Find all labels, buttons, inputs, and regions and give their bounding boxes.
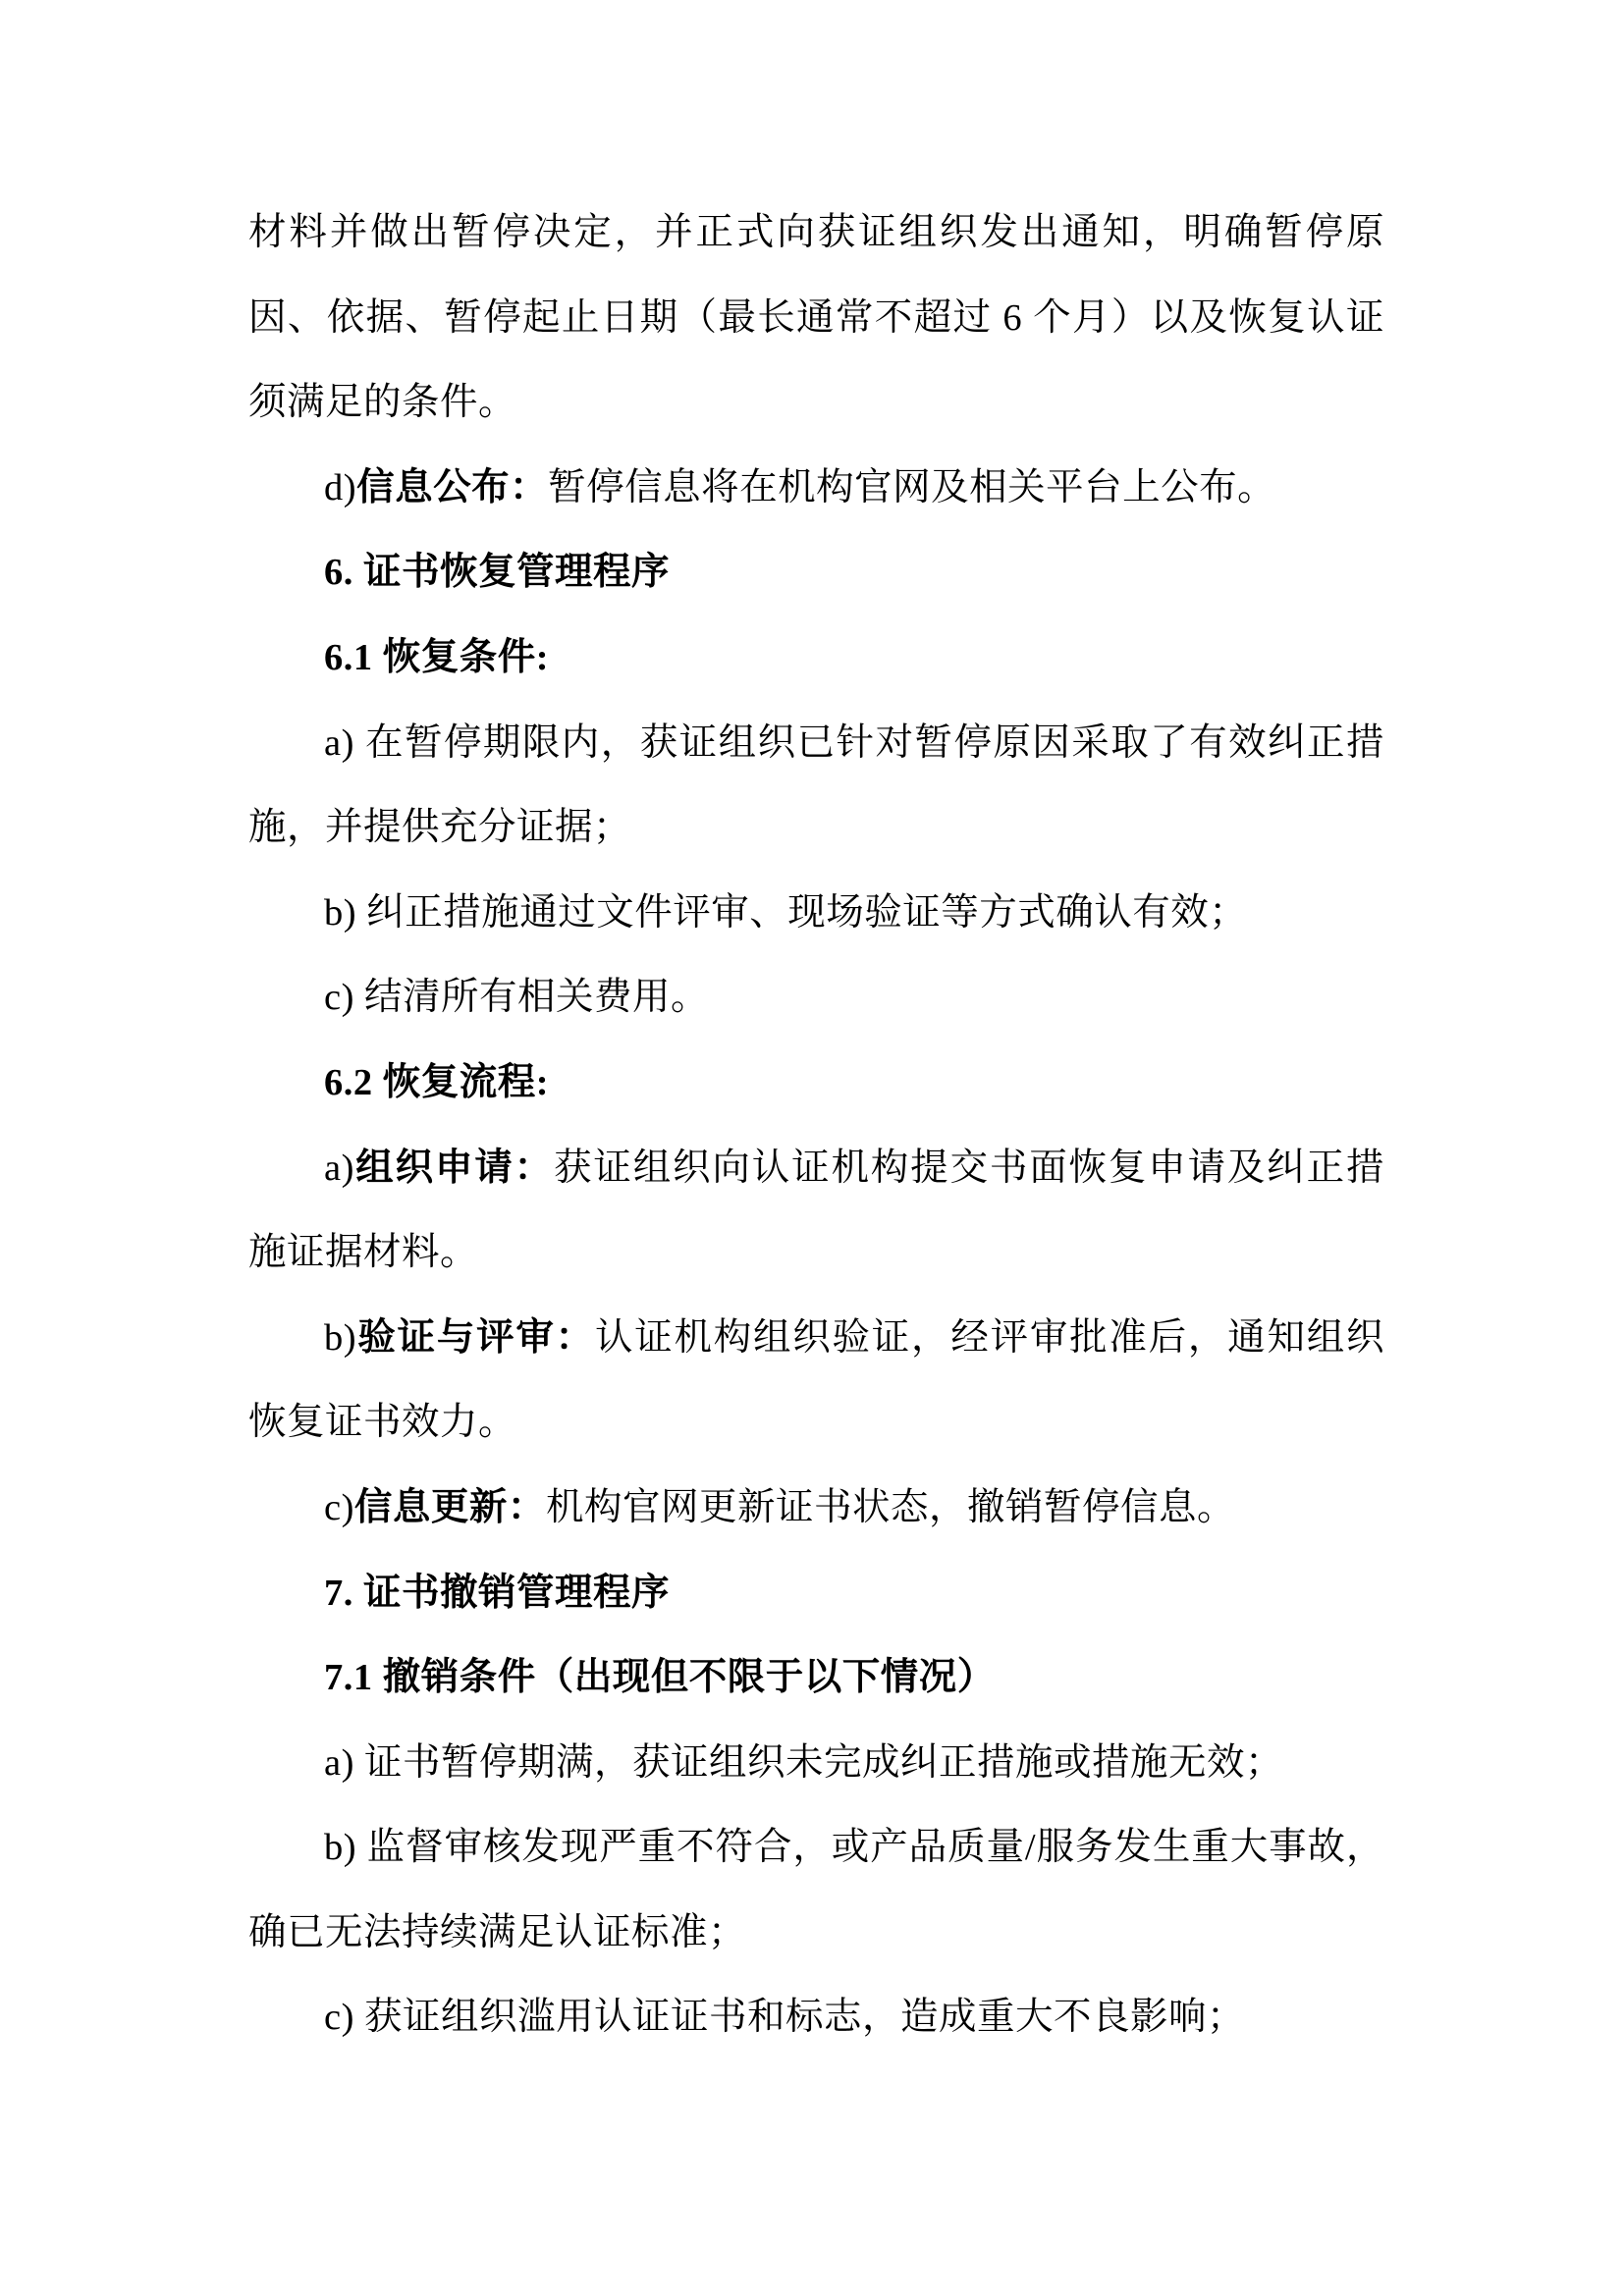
heading-section-6: 6. 证书恢复管理程序: [248, 530, 1384, 615]
item-b-verification-methods: b) 纠正措施通过文件评审、现场验证等方式确认有效；: [248, 871, 1384, 956]
heading-text: 6.1 恢复条件:: [324, 637, 549, 678]
text-run: b) 纠正措施通过文件评审、现场验证等方式确认有效；: [324, 892, 1247, 934]
run-bold-label: 信息公布：: [356, 467, 548, 508]
text-run: c) 获证组织滥用认证证书和标志，造成重大不良影响；: [324, 1997, 1245, 2038]
text-run: b) 监督审核发现严重不符合，或产品质量/服务发生重大事故，确已无法持续满足认证…: [248, 1827, 1384, 1953]
item-b-serious-nonconformity: b) 监督审核发现严重不符合，或产品质量/服务发生重大事故，确已无法持续满足认证…: [248, 1805, 1384, 1975]
heading-text: 6.2 恢复流程:: [324, 1062, 549, 1103]
text-run: a) 在暂停期限内，获证组织已针对暂停原因采取了有效纠正措施，并提供充分证据；: [248, 722, 1384, 849]
item-c-fees-settled: c) 结清所有相关费用。: [248, 955, 1384, 1041]
item-a-organization-application: a)组织申请：获证组织向认证机构提交书面恢复申请及纠正措施证据材料。: [248, 1126, 1384, 1296]
heading-6-1-recovery-conditions: 6.1 恢复条件:: [248, 615, 1384, 701]
item-c-information-update: c)信息更新：机构官网更新证书状态，撤销暂停信息。: [248, 1466, 1384, 1551]
item-c-certificate-misuse: c) 获证组织滥用认证证书和标志，造成重大不良影响；: [248, 1975, 1384, 2060]
list-marker: d): [324, 467, 356, 508]
heading-7-1-revocation-conditions: 7.1 撤销条件（出现但不限于以下情况）: [248, 1635, 1384, 1721]
run-bold-label: 验证与评审：: [356, 1317, 595, 1359]
item-a-corrective-actions: a) 在暂停期限内，获证组织已针对暂停原因采取了有效纠正措施，并提供充分证据；: [248, 701, 1384, 871]
paragraph-suspension-notice-continued: 材料并做出暂停决定，并正式向获证组织发出通知，明确暂停原因、依据、暂停起止日期（…: [248, 190, 1384, 446]
heading-text: 7. 证书撤销管理程序: [324, 1573, 670, 1614]
text-run: 材料并做出暂停决定，并正式向获证组织发出通知，明确暂停原因、依据、暂停起止日期（…: [248, 212, 1384, 423]
list-marker: c): [324, 1487, 354, 1528]
heading-section-7: 7. 证书撤销管理程序: [248, 1551, 1384, 1636]
item-a-suspension-expired: a) 证书暂停期满，获证组织未完成纠正措施或措施无效；: [248, 1721, 1384, 1806]
document-page: 材料并做出暂停决定，并正式向获证组织发出通知，明确暂停原因、依据、暂停起止日期（…: [248, 190, 1384, 2060]
list-marker: b): [324, 1317, 356, 1359]
item-b-verification-review: b)验证与评审：认证机构组织验证，经评审批准后，通知组织恢复证书效力。: [248, 1296, 1384, 1466]
item-d-information-publication: d)信息公布：暂停信息将在机构官网及相关平台上公布。: [248, 446, 1384, 531]
run-bold-label: 信息更新：: [354, 1487, 546, 1528]
text-run: 暂停信息将在机构官网及相关平台上公布。: [548, 467, 1275, 508]
heading-6-2-recovery-process: 6.2 恢复流程:: [248, 1041, 1384, 1126]
text-run: a) 证书暂停期满，获证组织未完成纠正措施或措施无效；: [324, 1742, 1283, 1784]
heading-text: 6. 证书恢复管理程序: [324, 552, 670, 593]
list-marker: a): [324, 1148, 354, 1189]
text-run: 机构官网更新证书状态，撤销暂停信息。: [546, 1487, 1235, 1528]
run-bold-label: 组织申请：: [354, 1148, 554, 1189]
text-run: c) 结清所有相关费用。: [324, 977, 709, 1018]
heading-text: 7.1 撤销条件（出现但不限于以下情况）: [324, 1657, 996, 1698]
